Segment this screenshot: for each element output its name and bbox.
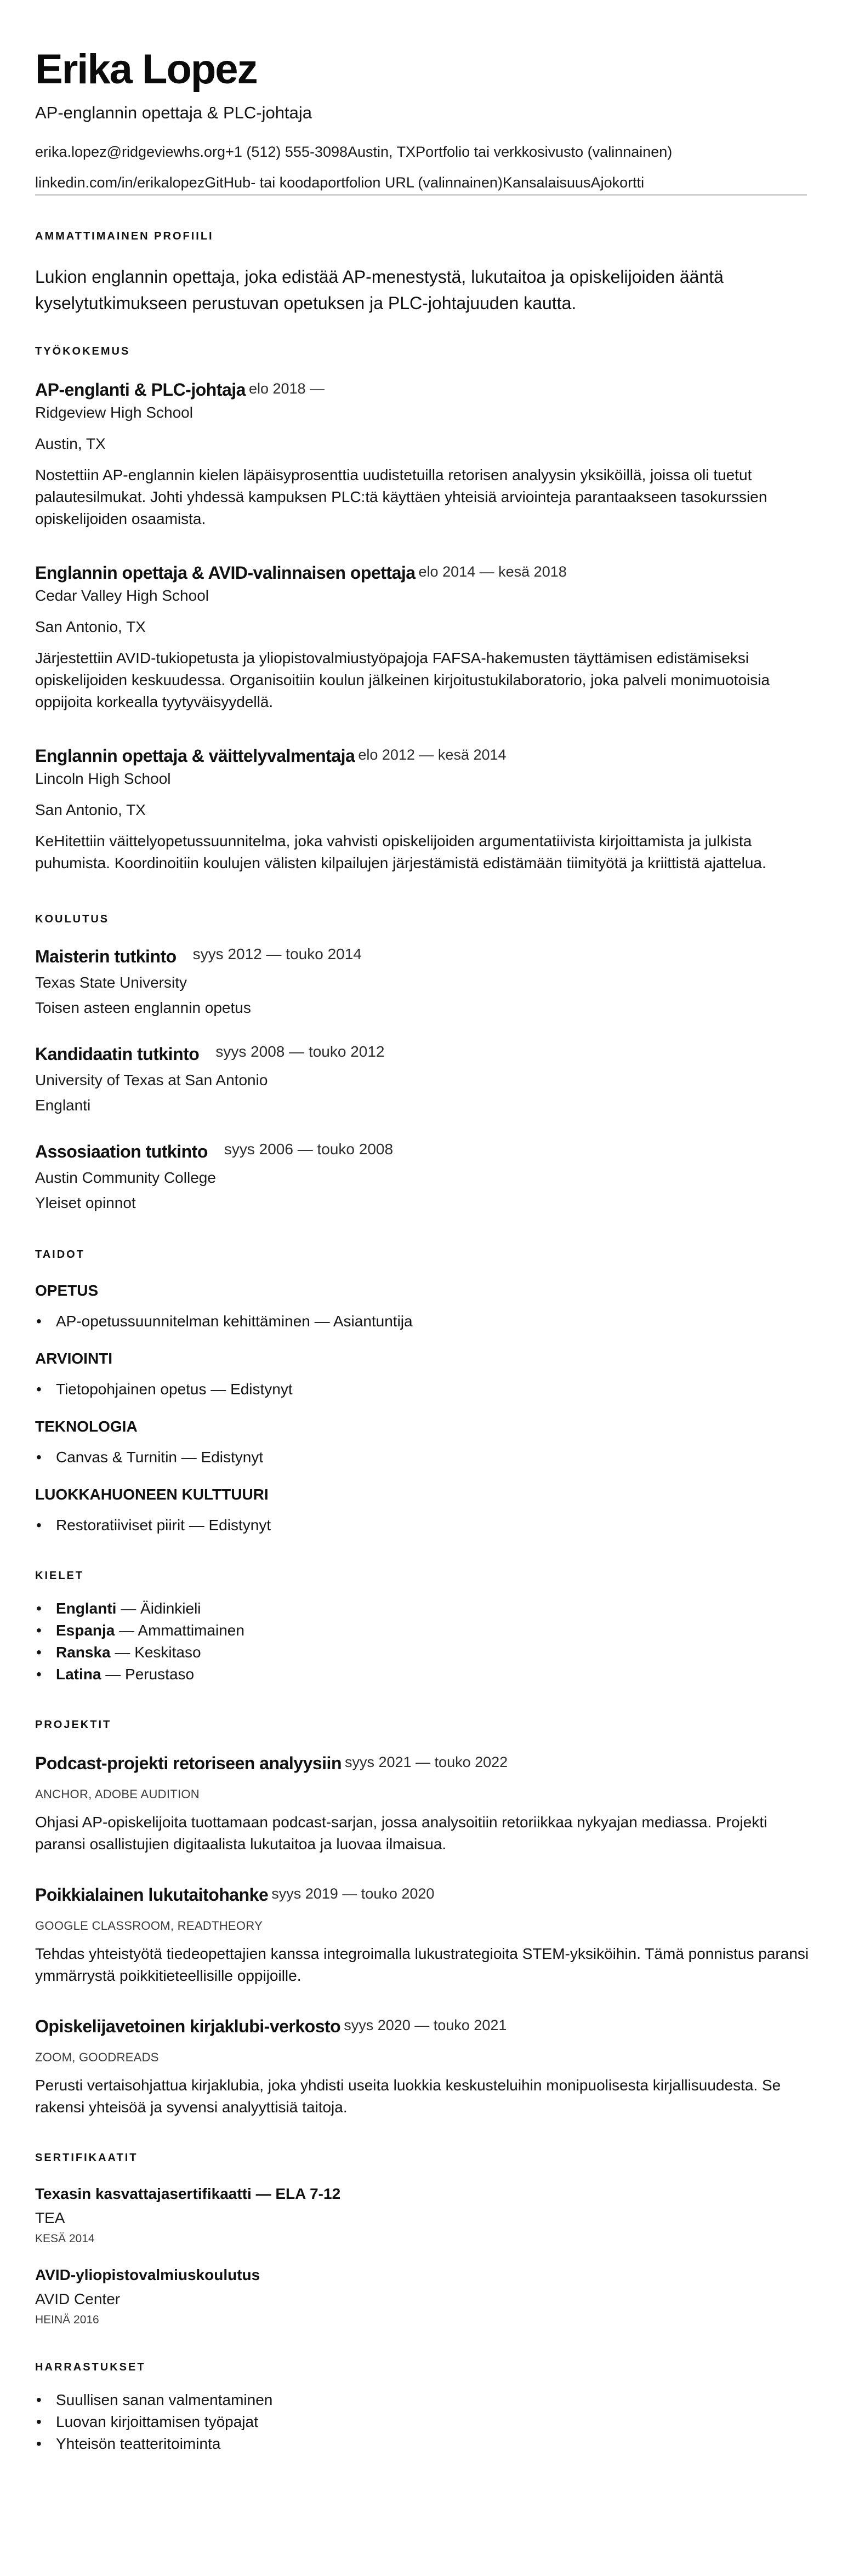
hobbies-list: Suullisen sanan valmentaminenLuovan kirj… <box>35 2389 807 2455</box>
profile-summary: Lukion englannin opettaja, joka edistää … <box>35 264 813 316</box>
contact-phone[interactable]: +1 (512) 555-3098 <box>225 144 348 160</box>
skill-item: Tietopohjainen opetus — Edistynyt <box>35 1378 807 1400</box>
project-dates: syys 2019 — touko 2020 <box>271 1885 434 1902</box>
school-name: University of Texas at San Antonio <box>35 1069 385 1091</box>
degree-name: Assosiaation tutkinto <box>35 1141 208 1162</box>
language-separator: — <box>101 1666 125 1683</box>
language-separator: — <box>116 1600 140 1617</box>
section-education: KOULUTUS Maisterin tutkintosyys 2012 — t… <box>35 913 807 1214</box>
certification-name: AVID-yliopistovalmiuskoulutus <box>35 2265 807 2285</box>
candidate-title: AP-englannin opettaja & PLC-johtaja <box>35 102 807 124</box>
project-header: Podcast-projekti retoriseen analyysiinsy… <box>35 1751 807 1774</box>
section-skills: TAIDOT OPETUSAP-opetussuunnitelman kehit… <box>35 1248 807 1536</box>
hobby-item: Luovan kirjoittamisen työpajat <box>35 2411 807 2433</box>
section-title-hobbies: HARRASTUKSET <box>35 2361 807 2374</box>
project-description: Ohjasi AP-opiskelijoita tuottamaan podca… <box>35 1811 819 1855</box>
job-dates: elo 2014 — kesä 2018 <box>419 563 567 580</box>
job-title: Englannin opettaja & väittelyvalmentaja <box>35 746 355 766</box>
experience-list: AP-englanti & PLC-johtajaelo 2018 —Ridge… <box>35 378 807 874</box>
language-level: Perustaso <box>125 1666 194 1683</box>
project-name: Podcast-projekti retoriseen analyysiin <box>35 1753 342 1773</box>
contact-row-primary: erika.lopez@ridgeviewhs.org+1 (512) 555-… <box>35 141 807 162</box>
project-tech-stack: ZOOM, GOODREADS <box>35 2049 807 2066</box>
contact-github[interactable]: GitHub- tai koodaportfolion URL (valinna… <box>204 174 503 191</box>
skill-item: Restoratiiviset piirit — Edistynyt <box>35 1514 807 1536</box>
project-entry: Podcast-projekti retoriseen analyysiinsy… <box>35 1751 807 1855</box>
job-description: Järjestettiin AVID-tukiopetusta ja yliop… <box>35 647 819 713</box>
contact-portfolio[interactable]: Portfolio tai verkkosivusto (valinnainen… <box>416 144 672 160</box>
project-entry: Opiskelijavetoinen kirjaklubi-verkostosy… <box>35 2014 807 2118</box>
hobby-item: Yhteisön teatteritoiminta <box>35 2433 807 2455</box>
school-name: Austin Community College <box>35 1167 393 1189</box>
project-tech-stack: GOOGLE CLASSROOM, READTHEORY <box>35 1918 807 1934</box>
education-entry: Maisterin tutkintosyys 2012 — touko 2014… <box>35 945 362 1019</box>
header-divider <box>35 194 807 196</box>
language-level: Ammattimainen <box>138 1622 244 1639</box>
experience-entry: Englannin opettaja & väittelyvalmentajae… <box>35 744 807 874</box>
education-header: Assosiaation tutkintosyys 2006 — touko 2… <box>35 1141 393 1164</box>
job-dates: elo 2018 — <box>249 380 325 397</box>
languages-list: Englanti — ÄidinkieliEspanja — Ammattima… <box>35 1598 807 1685</box>
experience-entry: AP-englanti & PLC-johtajaelo 2018 —Ridge… <box>35 378 807 530</box>
job-employer: Lincoln High School <box>35 768 807 790</box>
project-entry: Poikkialainen lukutaitohankesyys 2019 — … <box>35 1883 807 1987</box>
project-tech-stack: ANCHOR, ADOBE AUDITION <box>35 1786 807 1803</box>
section-title-certifications: SERTIFIKAATIT <box>35 2151 807 2164</box>
skill-items: Canvas & Turnitin — Edistynyt <box>35 1446 807 1468</box>
section-title-experience: TYÖKOKEMUS <box>35 345 807 358</box>
job-employer: Ridgeview High School <box>35 402 807 424</box>
candidate-name: Erika Lopez <box>35 45 807 94</box>
section-experience: TYÖKOKEMUS AP-englanti & PLC-johtajaelo … <box>35 345 807 874</box>
field-of-study: Toisen asteen englannin opetus <box>35 997 362 1019</box>
language-level: Äidinkieli <box>140 1600 201 1617</box>
experience-header: Englannin opettaja & AVID-valinnaisen op… <box>35 561 807 584</box>
contact-row-secondary: linkedin.com/in/erikalopezGitHub- tai ko… <box>35 172 807 193</box>
field-of-study: Englanti <box>35 1095 385 1116</box>
project-header: Poikkialainen lukutaitohankesyys 2019 — … <box>35 1883 807 1906</box>
skill-category: TEKNOLOGIA <box>35 1417 807 1437</box>
language-name: Latina <box>56 1666 101 1683</box>
skill-items: AP-opetussuunnitelman kehittäminen — Asi… <box>35 1310 807 1332</box>
project-header: Opiskelijavetoinen kirjaklubi-verkostosy… <box>35 2014 807 2037</box>
certification-issuer: TEA <box>35 2207 807 2229</box>
language-separator: — <box>111 1644 135 1661</box>
certification-entry: AVID-yliopistovalmiuskoulutusAVID Center… <box>35 2265 807 2328</box>
section-title-projects: PROJEKTIT <box>35 1718 807 1731</box>
contact-drivers-license: Ajokortti <box>591 174 645 191</box>
contact-location: Austin, TX <box>348 144 416 160</box>
job-location: Austin, TX <box>35 433 807 455</box>
project-name: Opiskelijavetoinen kirjaklubi-verkosto <box>35 2016 340 2036</box>
education-entry: Assosiaation tutkintosyys 2006 — touko 2… <box>35 1141 393 1214</box>
job-description: Nostettiin AP-englannin kielen läpäisypr… <box>35 464 819 530</box>
language-name: Englanti <box>56 1600 116 1617</box>
skill-item: AP-opetussuunnitelman kehittäminen — Asi… <box>35 1310 807 1332</box>
school-name: Texas State University <box>35 972 362 994</box>
experience-header: Englannin opettaja & väittelyvalmentajae… <box>35 744 807 767</box>
degree-name: Kandidaatin tutkinto <box>35 1043 199 1065</box>
project-dates: syys 2021 — touko 2022 <box>345 1754 508 1770</box>
language-name: Espanja <box>56 1622 115 1639</box>
certification-entry: Texasin kasvattajasertifikaatti — ELA 7-… <box>35 2184 807 2247</box>
skill-item: Canvas & Turnitin — Edistynyt <box>35 1446 807 1468</box>
job-dates: elo 2012 — kesä 2014 <box>358 746 506 763</box>
skills-list: OPETUSAP-opetussuunnitelman kehittäminen… <box>35 1281 807 1536</box>
language-item: Espanja — Ammattimainen <box>35 1620 807 1642</box>
degree-name: Maisterin tutkinto <box>35 945 177 967</box>
job-location: San Antonio, TX <box>35 799 807 821</box>
language-separator: — <box>115 1622 138 1639</box>
field-of-study: Yleiset opinnot <box>35 1192 393 1214</box>
education-header: Maisterin tutkintosyys 2012 — touko 2014 <box>35 945 362 968</box>
section-title-profile: AMMATTIMAINEN PROFIILI <box>35 230 807 243</box>
contact-linkedin[interactable]: linkedin.com/in/erikalopez <box>35 174 204 191</box>
language-name: Ranska <box>56 1644 111 1661</box>
skill-items: Tietopohjainen opetus — Edistynyt <box>35 1378 807 1400</box>
language-item: Latina — Perustaso <box>35 1663 807 1685</box>
project-name: Poikkialainen lukutaitohanke <box>35 1885 268 1905</box>
skill-items: Restoratiiviset piirit — Edistynyt <box>35 1514 807 1536</box>
language-level: Keskitaso <box>134 1644 201 1661</box>
education-header: Kandidaatin tutkintosyys 2008 — touko 20… <box>35 1043 385 1066</box>
experience-entry: Englannin opettaja & AVID-valinnaisen op… <box>35 561 807 713</box>
section-certifications: SERTIFIKAATIT Texasin kasvattajasertifik… <box>35 2151 807 2328</box>
education-dates: syys 2008 — touko 2012 <box>215 1041 384 1063</box>
hobby-item: Suullisen sanan valmentaminen <box>35 2389 807 2411</box>
experience-header: AP-englanti & PLC-johtajaelo 2018 — <box>35 378 807 401</box>
contact-email[interactable]: erika.lopez@ridgeviewhs.org <box>35 144 225 160</box>
section-profile: AMMATTIMAINEN PROFIILI Lukion englannin … <box>35 230 807 316</box>
certification-name: Texasin kasvattajasertifikaatti — ELA 7-… <box>35 2184 807 2204</box>
job-employer: Cedar Valley High School <box>35 585 807 607</box>
project-description: Tehdas yhteistyötä tiedeopettajien kanss… <box>35 1943 819 1987</box>
job-location: San Antonio, TX <box>35 616 807 638</box>
certifications-list: Texasin kasvattajasertifikaatti — ELA 7-… <box>35 2184 807 2328</box>
education-list: Maisterin tutkintosyys 2012 — touko 2014… <box>35 945 807 1214</box>
projects-list: Podcast-projekti retoriseen analyysiinsy… <box>35 1751 807 2118</box>
section-hobbies: HARRASTUKSET Suullisen sanan valmentamin… <box>35 2361 807 2455</box>
language-item: Ranska — Keskitaso <box>35 1642 807 1663</box>
contact-citizenship: Kansalaisuus <box>503 174 591 191</box>
certification-issuer: AVID Center <box>35 2288 807 2310</box>
section-languages: KIELET Englanti — ÄidinkieliEspanja — Am… <box>35 1569 807 1685</box>
certification-date: HEINÄ 2016 <box>35 2312 807 2328</box>
section-title-skills: TAIDOT <box>35 1248 807 1261</box>
skill-category: ARVIOINTI <box>35 1349 807 1369</box>
job-title: Englannin opettaja & AVID-valinnaisen op… <box>35 563 416 583</box>
language-item: Englanti — Äidinkieli <box>35 1598 807 1620</box>
education-dates: syys 2012 — touko 2014 <box>193 943 362 965</box>
section-title-education: KOULUTUS <box>35 913 807 926</box>
project-dates: syys 2020 — touko 2021 <box>344 2017 507 2033</box>
contact-info: erika.lopez@ridgeviewhs.org+1 (512) 555-… <box>35 141 807 193</box>
job-title: AP-englanti & PLC-johtaja <box>35 380 246 400</box>
education-entry: Kandidaatin tutkintosyys 2008 — touko 20… <box>35 1043 385 1116</box>
resume-header: Erika Lopez AP-englannin opettaja & PLC-… <box>35 45 807 196</box>
skill-category: OPETUS <box>35 1281 807 1301</box>
resume-page: Erika Lopez AP-englannin opettaja & PLC-… <box>0 0 842 2488</box>
education-dates: syys 2006 — touko 2008 <box>224 1138 393 1160</box>
section-projects: PROJEKTIT Podcast-projekti retoriseen an… <box>35 1718 807 2118</box>
job-description: KeHitettiin väittelyopetussuunnitelma, j… <box>35 830 819 874</box>
project-description: Perusti vertaisohjattua kirjaklubia, jok… <box>35 2075 819 2118</box>
skill-category: LUOKKAHUONEEN KULTTUURI <box>35 1485 807 1504</box>
section-title-languages: KIELET <box>35 1569 807 1582</box>
certification-date: KESÄ 2014 <box>35 2231 807 2247</box>
